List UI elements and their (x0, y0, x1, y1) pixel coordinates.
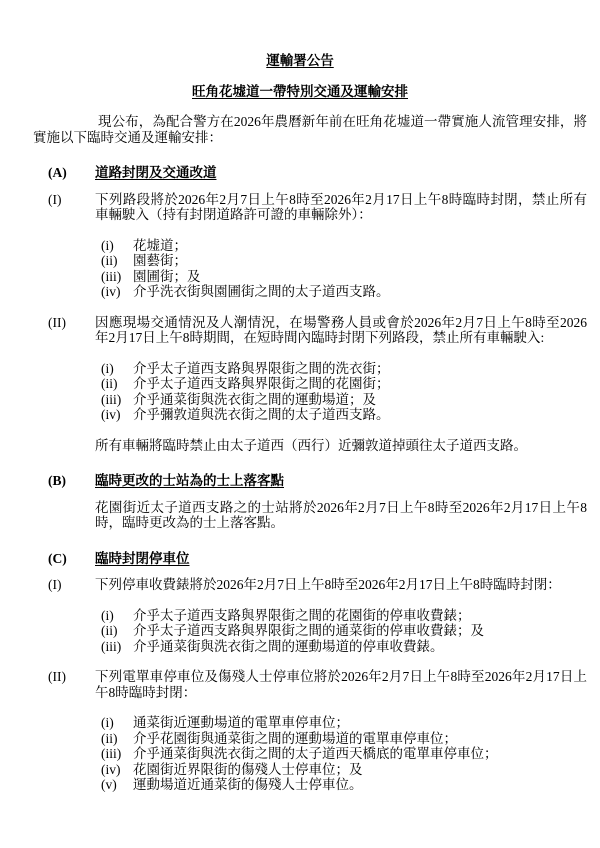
subitem-text: 介乎太子道西支路與界限街之間的花園街的停車收費錶； (133, 608, 587, 624)
section-b-label: (B) (33, 473, 95, 489)
section-b-paragraph: 花園街近太子道西支路之的士站將於2026年2月7日上午8時至2026年2月17日… (95, 500, 587, 531)
section-a-heading-text: 道路封閉及交通改道 (95, 165, 217, 180)
subitem-text: 介乎通菜街與洗衣街之間的運動場道的停車收費錶。 (133, 639, 587, 655)
section-c-heading-text: 臨時封閉停車位 (95, 551, 190, 566)
section-c-label: (C) (33, 551, 95, 567)
section-a-heading: 道路封閉及交通改道 (95, 165, 587, 181)
section-b-heading: 臨時更改的士站為的士上落客點 (95, 473, 587, 489)
section-a-heading-row: (A) 道路封閉及交通改道 (33, 165, 587, 181)
subitem-label: (ii) (95, 731, 133, 747)
subitem-text: 花墟道； (133, 238, 587, 254)
subitem-list: (i) 介乎太子道西支路與界限街之間的花園街的停車收費錶； (ii) 介乎太子道… (95, 608, 587, 655)
item-label: (II) (33, 315, 95, 346)
subitem-label: (ii) (95, 376, 133, 392)
subitem-label: (i) (95, 361, 133, 377)
doc-subtitle: 旺角花墟道一帶特別交通及運輸安排 (0, 84, 600, 100)
subitem-text: 園圃街；及 (133, 269, 587, 285)
intro-paragraph: 現公布，為配合警方在2026年農曆新年前在旺角花墟道一帶實施人流管理安排，將實施… (33, 114, 587, 145)
item-text: 因應現場交通情況及人潮情況，在場警務人員或會於2026年2月7日上午8時至202… (95, 315, 587, 346)
subitem-row: (i) 介乎太子道西支路與界限街之間的花園街的停車收費錶； (95, 608, 587, 624)
subitem-text: 介乎通菜街與洗衣街之間的運動場道；及 (133, 392, 587, 408)
note-paragraph: 所有車輛將臨時禁止由太子道西（西行）近彌敦道掉頭往太子道西支路。 (95, 438, 587, 454)
subitem-label: (iii) (95, 746, 133, 762)
doc-title-text: 運輸署公告 (266, 53, 334, 68)
subitem-text: 園藝街； (133, 253, 587, 269)
subitem-text: 介乎花園街與通菜街之間的運動場道的電單車停車位； (133, 731, 587, 747)
subitem-text: 介乎彌敦道與洗衣街之間的太子道西支路。 (133, 407, 587, 423)
subitem-row: (i) 介乎太子道西支路與界限街之間的洗衣街； (95, 361, 587, 377)
subitem-text: 運動場道近通菜街的傷殘人士停車位。 (133, 777, 587, 793)
subitem-text: 介乎太子道西支路與界限街之間的通菜街的停車收費錶；及 (133, 623, 587, 639)
subitem-row: (iv) 介乎洗衣街與園圃街之間的太子道西支路。 (95, 284, 587, 300)
item-text: 下列電單車停車位及傷殘人士停車位將於2026年2月7日上午8時至2026年2月1… (95, 669, 587, 700)
subitem-row: (iv) 花園街近界限街的傷殘人士停車位；及 (95, 762, 587, 778)
subitem-row: (iii) 介乎通菜街與洗衣街之間的運動場道的停車收費錶。 (95, 639, 587, 655)
subitem-row: (i) 通菜街近運動場道的電單車停車位； (95, 715, 587, 731)
subitem-label: (i) (95, 608, 133, 624)
doc-subtitle-text: 旺角花墟道一帶特別交通及運輸安排 (192, 84, 408, 99)
subitem-label: (iv) (95, 284, 133, 300)
subitem-label: (i) (95, 238, 133, 254)
section-c-heading: 臨時封閉停車位 (95, 551, 587, 567)
item-row: (II) 因應現場交通情況及人潮情況，在場警務人員或會於2026年2月7日上午8… (33, 315, 587, 346)
notice-document: 運輸署公告 旺角花墟道一帶特別交通及運輸安排 現公布，為配合警方在2026年農曆… (0, 0, 600, 793)
subitem-row: (ii) 園藝街； (95, 253, 587, 269)
subitem-row: (iii) 介乎通菜街與洗衣街之間的太子道西天橋底的電單車停車位； (95, 746, 587, 762)
item-label: (II) (33, 669, 95, 700)
subitem-list: (i) 通菜街近運動場道的電單車停車位； (ii) 介乎花園街與通菜街之間的運動… (95, 715, 587, 793)
document-page: 運輸署公告 旺角花墟道一帶特別交通及運輸安排 現公布，為配合警方在2026年農曆… (0, 0, 600, 848)
subitem-label: (ii) (95, 623, 133, 639)
item-row: (II) 下列電單車停車位及傷殘人士停車位將於2026年2月7日上午8時至202… (33, 669, 587, 700)
item-row: (I) 下列路段將於2026年2月7日上午8時至2026年2月17日上午8時臨時… (33, 192, 587, 223)
subitem-label: (iv) (95, 407, 133, 423)
subitem-text: 介乎洗衣街與園圃街之間的太子道西支路。 (133, 284, 587, 300)
subitem-text: 通菜街近運動場道的電單車停車位； (133, 715, 587, 731)
subitem-row: (ii) 介乎花園街與通菜街之間的運動場道的電單車停車位； (95, 731, 587, 747)
subitem-list: (i) 介乎太子道西支路與界限街之間的洗衣街； (ii) 介乎太子道西支路與界限… (95, 361, 587, 423)
item-label: (I) (33, 577, 95, 593)
subitem-text: 介乎太子道西支路與界限街之間的洗衣街； (133, 361, 587, 377)
subitem-label: (v) (95, 777, 133, 793)
subitem-label: (iii) (95, 392, 133, 408)
subitem-text: 介乎通菜街與洗衣街之間的太子道西天橋底的電單車停車位； (133, 746, 587, 762)
item-label: (I) (33, 192, 95, 223)
item-text: 下列路段將於2026年2月7日上午8時至2026年2月17日上午8時臨時封閉，禁… (95, 192, 587, 223)
subitem-row: (ii) 介乎太子道西支路與界限街之間的花園街； (95, 376, 587, 392)
subitem-row: (iii) 介乎通菜街與洗衣街之間的運動場道；及 (95, 392, 587, 408)
subitem-text: 花園街近界限街的傷殘人士停車位；及 (133, 762, 587, 778)
subitem-list: (i) 花墟道； (ii) 園藝街； (iii) 園圃街；及 (iv) 介乎洗衣… (95, 238, 587, 300)
subitem-label: (ii) (95, 253, 133, 269)
section-a-label: (A) (33, 165, 95, 181)
subitem-label: (iii) (95, 639, 133, 655)
subitem-row: (i) 花墟道； (95, 238, 587, 254)
section-b-heading-row: (B) 臨時更改的士站為的士上落客點 (33, 473, 587, 489)
subitem-label: (i) (95, 715, 133, 731)
section-c-heading-row: (C) 臨時封閉停車位 (33, 551, 587, 567)
doc-title: 運輸署公告 (0, 53, 600, 69)
section-b-heading-text: 臨時更改的士站為的士上落客點 (95, 473, 284, 488)
item-row: (I) 下列停車收費錶將於2026年2月7日上午8時至2026年2月17日上午8… (33, 577, 587, 593)
subitem-text: 介乎太子道西支路與界限街之間的花園街； (133, 376, 587, 392)
subitem-label: (iv) (95, 762, 133, 778)
subitem-row: (ii) 介乎太子道西支路與界限街之間的通菜街的停車收費錶；及 (95, 623, 587, 639)
subitem-row: (iv) 介乎彌敦道與洗衣街之間的太子道西支路。 (95, 407, 587, 423)
subitem-row: (iii) 園圃街；及 (95, 269, 587, 285)
subitem-label: (iii) (95, 269, 133, 285)
subitem-row: (v) 運動場道近通菜街的傷殘人士停車位。 (95, 777, 587, 793)
item-text: 下列停車收費錶將於2026年2月7日上午8時至2026年2月17日上午8時臨時封… (95, 577, 587, 593)
